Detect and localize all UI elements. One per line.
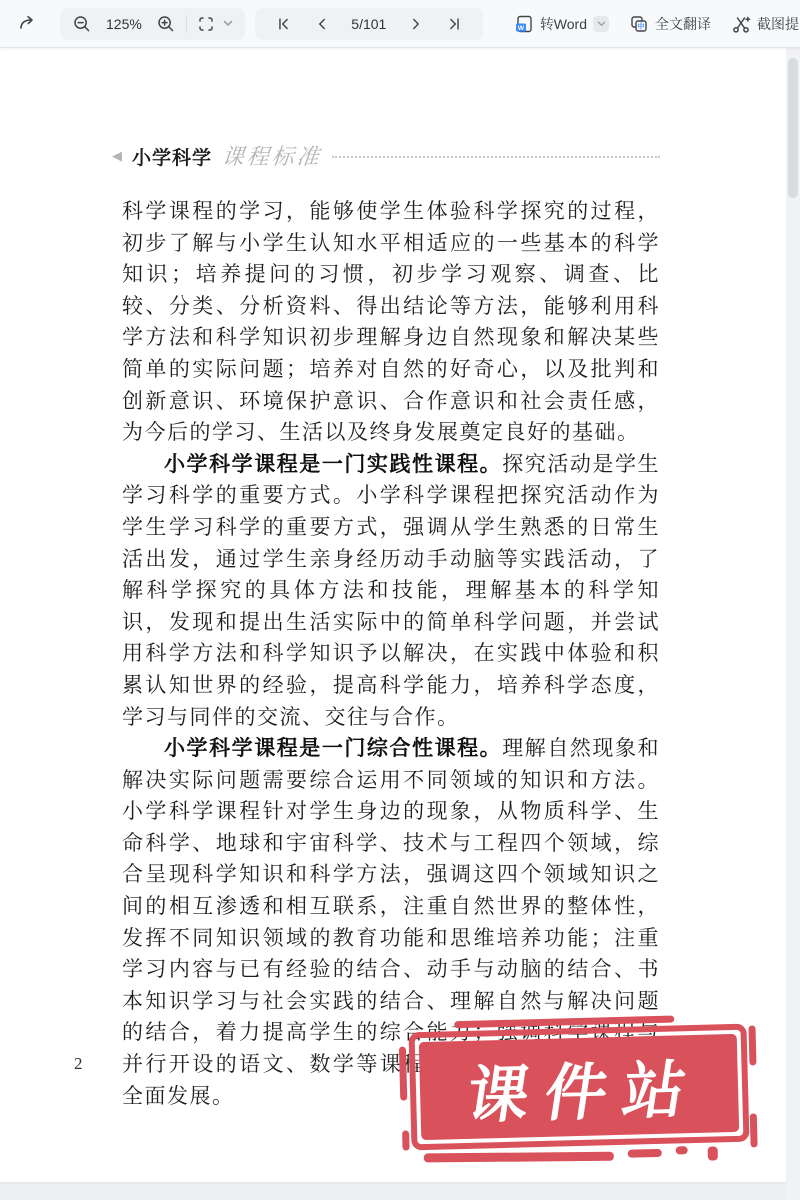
- svg-text:W: W: [518, 24, 525, 31]
- next-page-button[interactable]: [397, 15, 435, 33]
- full-text-translate-button[interactable]: 中 全文翻译: [622, 9, 718, 39]
- stamp-brush-mark: [676, 1146, 688, 1154]
- convert-dropdown[interactable]: [593, 16, 609, 32]
- chevron-down-icon: [597, 21, 606, 27]
- chevron-down-icon: [223, 20, 233, 27]
- page-navigation-group: 5/101: [255, 8, 483, 40]
- fit-page-dropdown[interactable]: [221, 20, 239, 27]
- stamp-text: 课件站: [449, 1039, 708, 1135]
- redo-rotate-button[interactable]: [10, 9, 44, 39]
- last-page-button[interactable]: [435, 15, 473, 33]
- paragraph-text: 探究活动是学生学习科学的重要方式。小学科学课程把探究活动作为学生学习科学的重要方…: [122, 452, 660, 729]
- stamp-brush-mark: [402, 1130, 410, 1150]
- document-body: 科学课程的学习，能够使学生体验科学探究的过程，初步了解与小学生认知水平相适应的一…: [122, 196, 660, 1112]
- stamp-brush-mark: [424, 1152, 614, 1163]
- zoom-out-button[interactable]: [66, 14, 98, 34]
- group-divider: [186, 15, 187, 33]
- svg-text:中: 中: [638, 21, 645, 30]
- paragraph-lead: 小学科学课程是一门实践性课程。: [164, 453, 502, 476]
- redo-arrow-icon: [17, 14, 37, 34]
- header-subtitle: 课程标准: [220, 140, 323, 171]
- courseware-stamp-watermark: 课件站: [409, 1024, 750, 1151]
- paragraph-text: 科学课程的学习，能够使学生体验科学探究的过程，初步了解与小学生认知水平相适应的一…: [122, 199, 660, 444]
- stamp-brush-mark: [708, 1146, 718, 1160]
- triangle-marker-icon: ◀: [112, 148, 122, 164]
- document-header: ◀ 小学科学 课程标准: [112, 140, 660, 171]
- stamp-background: 课件站: [419, 1034, 739, 1140]
- convert-to-word-label: 转Word: [540, 14, 587, 34]
- zoom-controls-group: 125%: [60, 8, 245, 40]
- scissors-icon: [731, 14, 751, 34]
- pdf-page: ◀ 小学科学 课程标准 科学课程的学习，能够使学生体验科学探究的过程，初步了解与…: [0, 48, 786, 1182]
- paragraph: 科学课程的学习，能够使学生体验科学探究的过程，初步了解与小学生认知水平相适应的一…: [122, 196, 660, 449]
- page-indicator[interactable]: 5/101: [341, 16, 397, 32]
- previous-page-button[interactable]: [303, 15, 341, 33]
- stamp-brush-mark: [748, 1025, 756, 1065]
- full-text-translate-label: 全文翻译: [655, 14, 711, 34]
- paragraph-lead: 小学科学课程是一门综合性课程。: [164, 737, 502, 760]
- stamp-brush-mark: [399, 1047, 407, 1101]
- vertical-scrollbar[interactable]: [786, 48, 800, 1200]
- page-number: 2: [74, 1054, 83, 1074]
- paragraph: 小学科学课程是一门实践性课程。探究活动是学生学习科学的重要方式。小学科学课程把探…: [122, 449, 660, 733]
- translate-icon: 中: [629, 14, 649, 34]
- stamp-brush-mark: [628, 1149, 662, 1158]
- screenshot-ask-label: 截图提问: [757, 14, 800, 34]
- pdf-viewer-toolbar: 125%: [0, 0, 800, 48]
- zoom-level-value[interactable]: 125%: [98, 16, 150, 32]
- convert-to-word-button[interactable]: W 转Word: [507, 9, 616, 39]
- stamp-brush-mark: [750, 1113, 758, 1147]
- zoom-in-button[interactable]: [150, 14, 182, 34]
- dotted-leader-line: [332, 156, 660, 158]
- first-page-button[interactable]: [265, 15, 303, 33]
- header-series-title: 小学科学: [132, 143, 212, 170]
- scrollbar-thumb[interactable]: [788, 58, 798, 198]
- fit-page-button[interactable]: [191, 15, 221, 33]
- screenshot-ask-button[interactable]: 截图提问: [724, 9, 800, 39]
- word-document-icon: W: [514, 14, 534, 34]
